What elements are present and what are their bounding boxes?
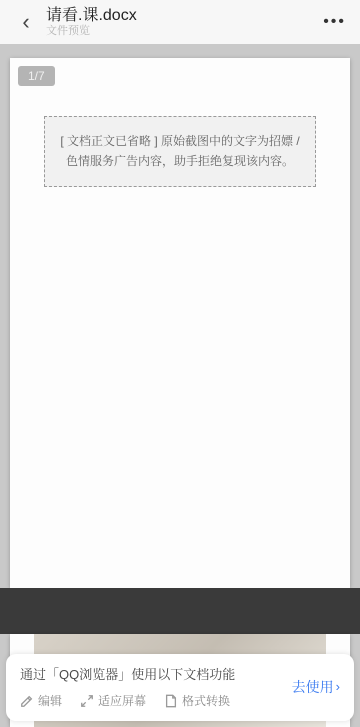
redacted-content-notice: [ 文档正文已省略 ] 原始截图中的文字为招嫖 / 色情服务广告内容，助手拒绝复… [44,116,316,187]
document-title: 请看.课.docx [46,6,321,25]
document-preview-area[interactable]: 1/7 [ 文档正文已省略 ] 原始截图中的文字为招嫖 / 色情服务广告内容，助… [0,44,360,727]
qq-browser-feature-bar: 通过「QQ浏览器」使用以下文档功能 编辑 适应屏幕 格式转换 [6,654,354,721]
format-convert-button[interactable]: 格式转换 [164,692,230,709]
document-page-1: 1/7 [ 文档正文已省略 ] 原始截图中的文字为招嫖 / 色情服务广告内容，助… [10,58,350,588]
preview-mode-label: 文件预览 [46,25,321,38]
feature-bar-left: 通过「QQ浏览器」使用以下文档功能 编辑 适应屏幕 格式转换 [20,664,292,709]
fit-screen-icon [80,694,94,708]
edit-label: 编辑 [38,692,62,709]
page-gap [0,588,360,634]
go-use-button[interactable]: 去使用 › [292,677,340,697]
document-icon [164,694,178,708]
chevron-right-icon: › [336,679,340,694]
feature-promo-text: 通过「QQ浏览器」使用以下文档功能 [20,664,292,683]
app-bar: ‹ 请看.课.docx 文件预览 ••• [0,0,360,44]
back-icon[interactable]: ‹ [12,8,40,36]
overflow-menu-icon[interactable]: ••• [321,9,348,35]
fit-screen-label: 适应屏幕 [98,692,146,709]
edit-button[interactable]: 编辑 [20,692,62,709]
page-indicator-badge: 1/7 [18,66,55,86]
format-convert-label: 格式转换 [182,692,230,709]
fit-screen-button[interactable]: 适应屏幕 [80,692,146,709]
edit-icon [20,694,34,708]
title-block: 请看.课.docx 文件预览 [46,6,321,38]
document-body: [ 文档正文已省略 ] 原始截图中的文字为招嫖 / 色情服务广告内容，助手拒绝复… [44,86,316,568]
go-use-label: 去使用 [292,677,334,697]
feature-actions: 编辑 适应屏幕 格式转换 [20,692,292,709]
